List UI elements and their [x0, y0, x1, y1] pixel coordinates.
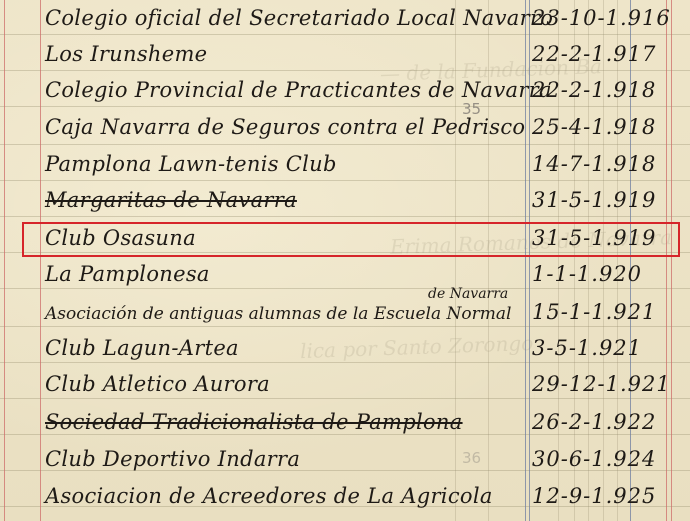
registration-date: 22-2-1.918: [532, 78, 656, 102]
ledger-row: Colegio oficial del Secretariado Local N…: [0, 0, 690, 36]
registration-date: 31-5-1.919: [532, 188, 656, 212]
ledger-row: Colegio Provincial de Practicantes de Na…: [0, 72, 690, 108]
entity-name: Asociación de antiguas alumnas de la Esc…: [45, 304, 511, 324]
registration-date: 12-9-1.925: [532, 484, 656, 508]
registration-date: 22-2-1.917: [532, 42, 656, 66]
entity-name: Pamplona Lawn-tenis Club: [45, 152, 337, 176]
ledger-row: de Navarra Asociación de antiguas alumna…: [0, 294, 690, 330]
entity-name: Club Deportivo Indarra: [45, 447, 300, 471]
ledger-row: Caja Navarra de Seguros contra el Pedris…: [0, 109, 690, 145]
ledger-row: Sociedad Tradicionalista de Pamplona 26-…: [0, 404, 690, 440]
entity-name-struck: Sociedad Tradicionalista de Pamplona: [45, 410, 463, 434]
registration-date: 23-10-1.916: [532, 6, 671, 30]
entity-name-struck: Margaritas de Navarra: [45, 188, 297, 212]
entity-name: Club Lagun-Artea: [45, 336, 239, 360]
registration-date: 1-1-1.920: [532, 262, 642, 286]
registration-date: 29-12-1.921: [532, 372, 671, 396]
ledger-row: Club Lagun-Artea 3-5-1.921: [0, 330, 690, 366]
registration-date: 14-7-1.918: [532, 152, 656, 176]
ledger-row: Los Irunsheme 22-2-1.917: [0, 36, 690, 72]
entity-name: Club Atletico Aurora: [45, 372, 270, 396]
entity-name-insertion: de Navarra: [428, 286, 508, 302]
registration-date: 15-1-1.921: [532, 300, 656, 324]
registration-date: 30-6-1.924: [532, 447, 656, 471]
ledger-row: Pamplona Lawn-tenis Club 14-7-1.918: [0, 146, 690, 182]
entity-name: La Pamplonesa: [45, 262, 210, 286]
registration-date: 3-5-1.921: [532, 336, 642, 360]
entity-name: Colegio oficial del Secretariado Local N…: [45, 6, 553, 30]
entity-name: Colegio Provincial de Practicantes de Na…: [45, 78, 552, 102]
entity-name: Asociacion de Acreedores de La Agricola: [45, 484, 493, 508]
ledger-row: Club Atletico Aurora 29-12-1.921: [0, 366, 690, 402]
ledger-row: Margaritas de Navarra 31-5-1.919: [0, 182, 690, 218]
entity-name: Los Irunsheme: [45, 42, 207, 66]
ledger-row: Asociacion de Acreedores de La Agricola …: [0, 478, 690, 514]
ledger-page: — de la Fundacion Ba Erima Romanos de Na…: [0, 0, 690, 521]
registration-date: 26-2-1.922: [532, 410, 656, 434]
ledger-row: Club Deportivo Indarra 30-6-1.924: [0, 441, 690, 477]
entity-name: Caja Navarra de Seguros contra el Pedris…: [45, 115, 525, 139]
highlight-box: [22, 222, 680, 257]
registration-date: 25-4-1.918: [532, 115, 656, 139]
ledger-row: La Pamplonesa 1-1-1.920: [0, 256, 690, 292]
